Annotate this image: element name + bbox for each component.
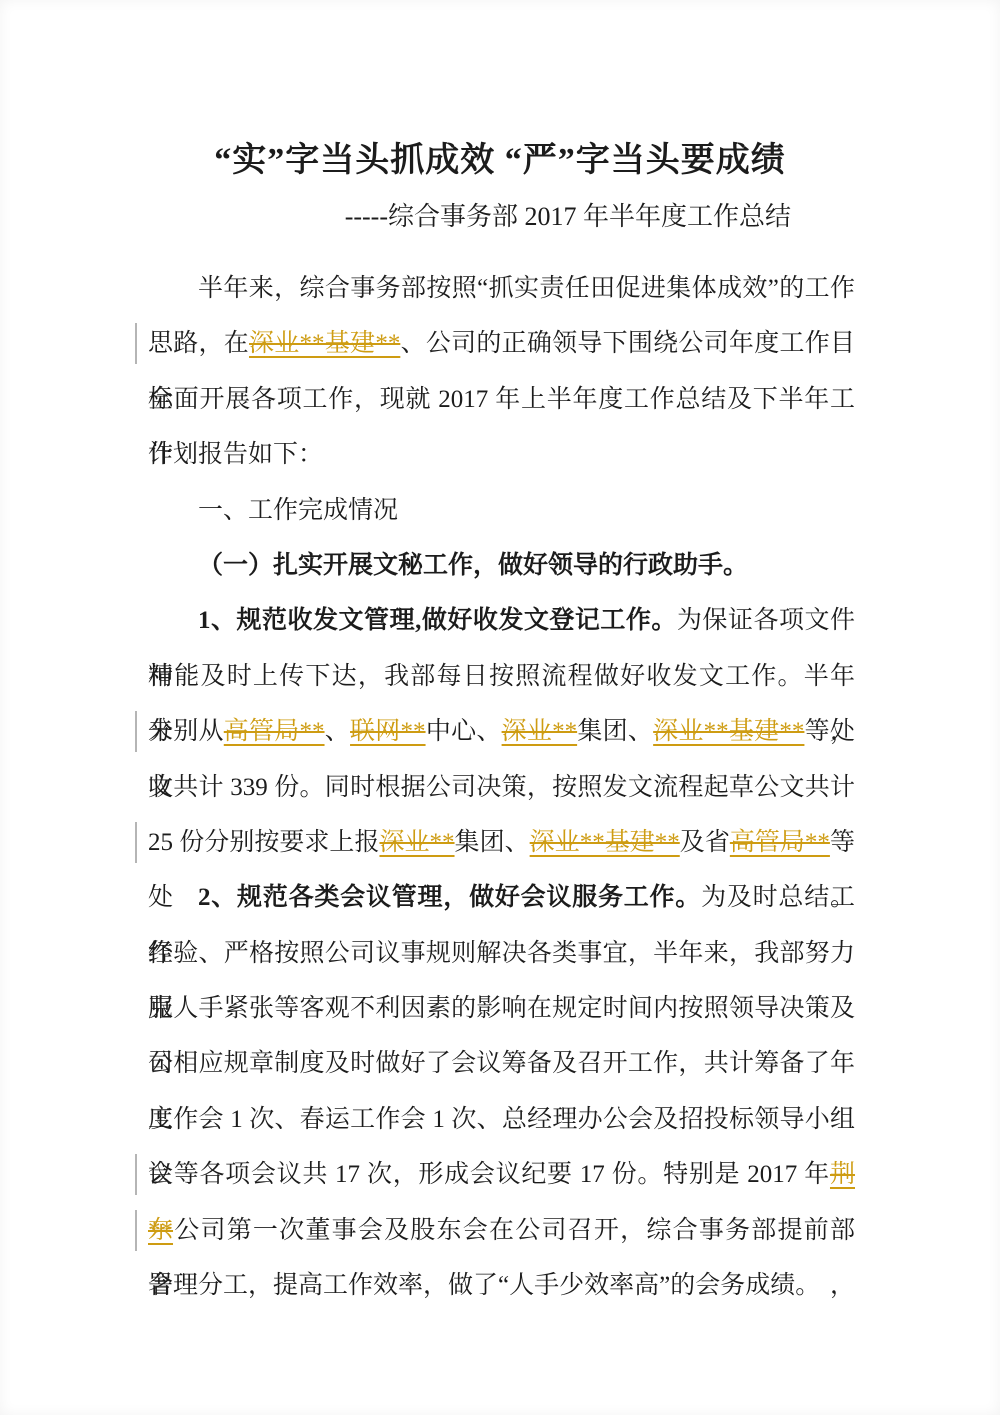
text-line: **公司第一次董事会及股东会在公司召开，综合事务部提前部署， bbox=[148, 1203, 855, 1258]
text-segment: 分别从 bbox=[148, 718, 224, 745]
document-title: “实”字当头抓成效 “严”字当头要成绩 bbox=[0, 132, 1000, 181]
revision-text: 深业**基建** bbox=[249, 330, 400, 357]
text-segment: 及省 bbox=[680, 829, 730, 856]
text-line: 司相应规章制度及时做好了会议筹备及召开工作，共计筹备了年度 bbox=[148, 1036, 855, 1091]
revision-text: 深业**基建** bbox=[530, 829, 680, 856]
text-line: 一、工作完成情况 bbox=[148, 483, 855, 538]
text-segment: 中心、 bbox=[426, 718, 502, 745]
text-segment: 1、规范收发文管理,做好收发文登记工作。 bbox=[198, 607, 677, 634]
text-segment: 计划报告如下： bbox=[148, 441, 323, 468]
document-subtitle: -----综合事务部 2017 年半年度工作总结 bbox=[148, 196, 855, 233]
text-segment: 思路，在 bbox=[148, 330, 249, 357]
text-line: 文共计 339 份。同时根据公司决策，按照发文流程起草公文共计 bbox=[148, 760, 855, 815]
text-segment: 文共计 339 份。同时根据公司决策，按照发文流程起草公文共计 bbox=[148, 774, 855, 801]
text-segment: 合理分工，提高工作效率，做了“人手少效率高”的会务成绩。 bbox=[148, 1272, 820, 1299]
text-line: 经验、严格按照公司议事规则解决各类事宜，半年来，我部努力克 bbox=[148, 926, 855, 981]
revision-text: ** bbox=[148, 1217, 173, 1244]
revision-text: 深业**基建** bbox=[653, 718, 804, 745]
revision-text: 深业** bbox=[379, 829, 454, 856]
revision-text: 高管局** bbox=[224, 718, 325, 745]
revision-text: 深业** bbox=[502, 718, 578, 745]
text-segment: 、 bbox=[325, 718, 351, 745]
revision-change-bar bbox=[135, 323, 137, 364]
text-line: 服人手紧张等客观不利因素的影响在规定时间内按照领导决策及公 bbox=[148, 981, 855, 1036]
text-segment: 2、规范各类会议管理，做好会议服务工作。 bbox=[198, 884, 701, 911]
text-line: 思路，在深业**基建**、公司的正确领导下围绕公司年度工作目标 bbox=[148, 316, 855, 371]
text-line: 半年来，综合事务部按照“抓实责任田促进集体成效”的工作 bbox=[148, 261, 855, 316]
text-line: 全面开展各项工作，现就 2017 年上半年度工作总结及下半年工作 bbox=[148, 372, 855, 427]
text-line: 分别从高管局**、联网**中心、深业**集团、深业**基建**等处收 bbox=[148, 704, 855, 759]
text-line: 议等各项会议共 17 次，形成会议纪要 17 份。特别是 2017 年荆东 bbox=[148, 1147, 855, 1202]
text-segment: 议等各项会议共 17 次，形成会议纪要 17 份。特别是 2017 年 bbox=[148, 1161, 830, 1188]
text-line: 神能及时上传下达，我部每日按照流程做好收发文工作。半年来， bbox=[148, 649, 855, 704]
document-body: 半年来，综合事务部按照“抓实责任田促进集体成效”的工作思路，在深业**基建**、… bbox=[148, 261, 855, 1313]
text-line: 合理分工，提高工作效率，做了“人手少效率高”的会务成绩。 bbox=[148, 1258, 855, 1313]
revision-change-bar bbox=[135, 1210, 137, 1251]
text-line: 工作会 1 次、春运工作会 1 次、总经理办公会及招投标领导小组会 bbox=[148, 1092, 855, 1147]
text-line: （一）扎实开展文秘工作，做好领导的行政助手。 bbox=[148, 538, 855, 593]
revision-change-bar bbox=[135, 711, 137, 752]
revision-change-bar bbox=[135, 822, 137, 863]
text-line: 计划报告如下： bbox=[148, 427, 855, 482]
text-line: 1、规范收发文管理,做好收发文登记工作。为保证各项文件精 bbox=[148, 593, 855, 648]
text-line: 25 份分别按要求上报深业**集团、深业**基建**及省高管局**等处。 bbox=[148, 815, 855, 870]
text-segment: 集团、 bbox=[455, 829, 530, 856]
document-page: “实”字当头抓成效 “严”字当头要成绩 -----综合事务部 2017 年半年度… bbox=[0, 0, 1000, 1415]
revision-change-bar bbox=[135, 1154, 137, 1195]
revision-text: 高管局** bbox=[730, 829, 830, 856]
text-segment: 一、工作完成情况 bbox=[198, 497, 398, 524]
text-line: 2、规范各类会议管理，做好会议服务工作。为及时总结工作 bbox=[148, 870, 855, 925]
text-segment: 集团、 bbox=[577, 718, 653, 745]
revision-text: 联网** bbox=[350, 718, 426, 745]
text-segment: 25 份分别按要求上报 bbox=[148, 829, 379, 856]
text-segment: （一）扎实开展文秘工作，做好领导的行政助手。 bbox=[198, 552, 748, 579]
text-segment: 半年来，综合事务部按照“抓实责任田促进集体成效”的工作 bbox=[198, 275, 855, 302]
